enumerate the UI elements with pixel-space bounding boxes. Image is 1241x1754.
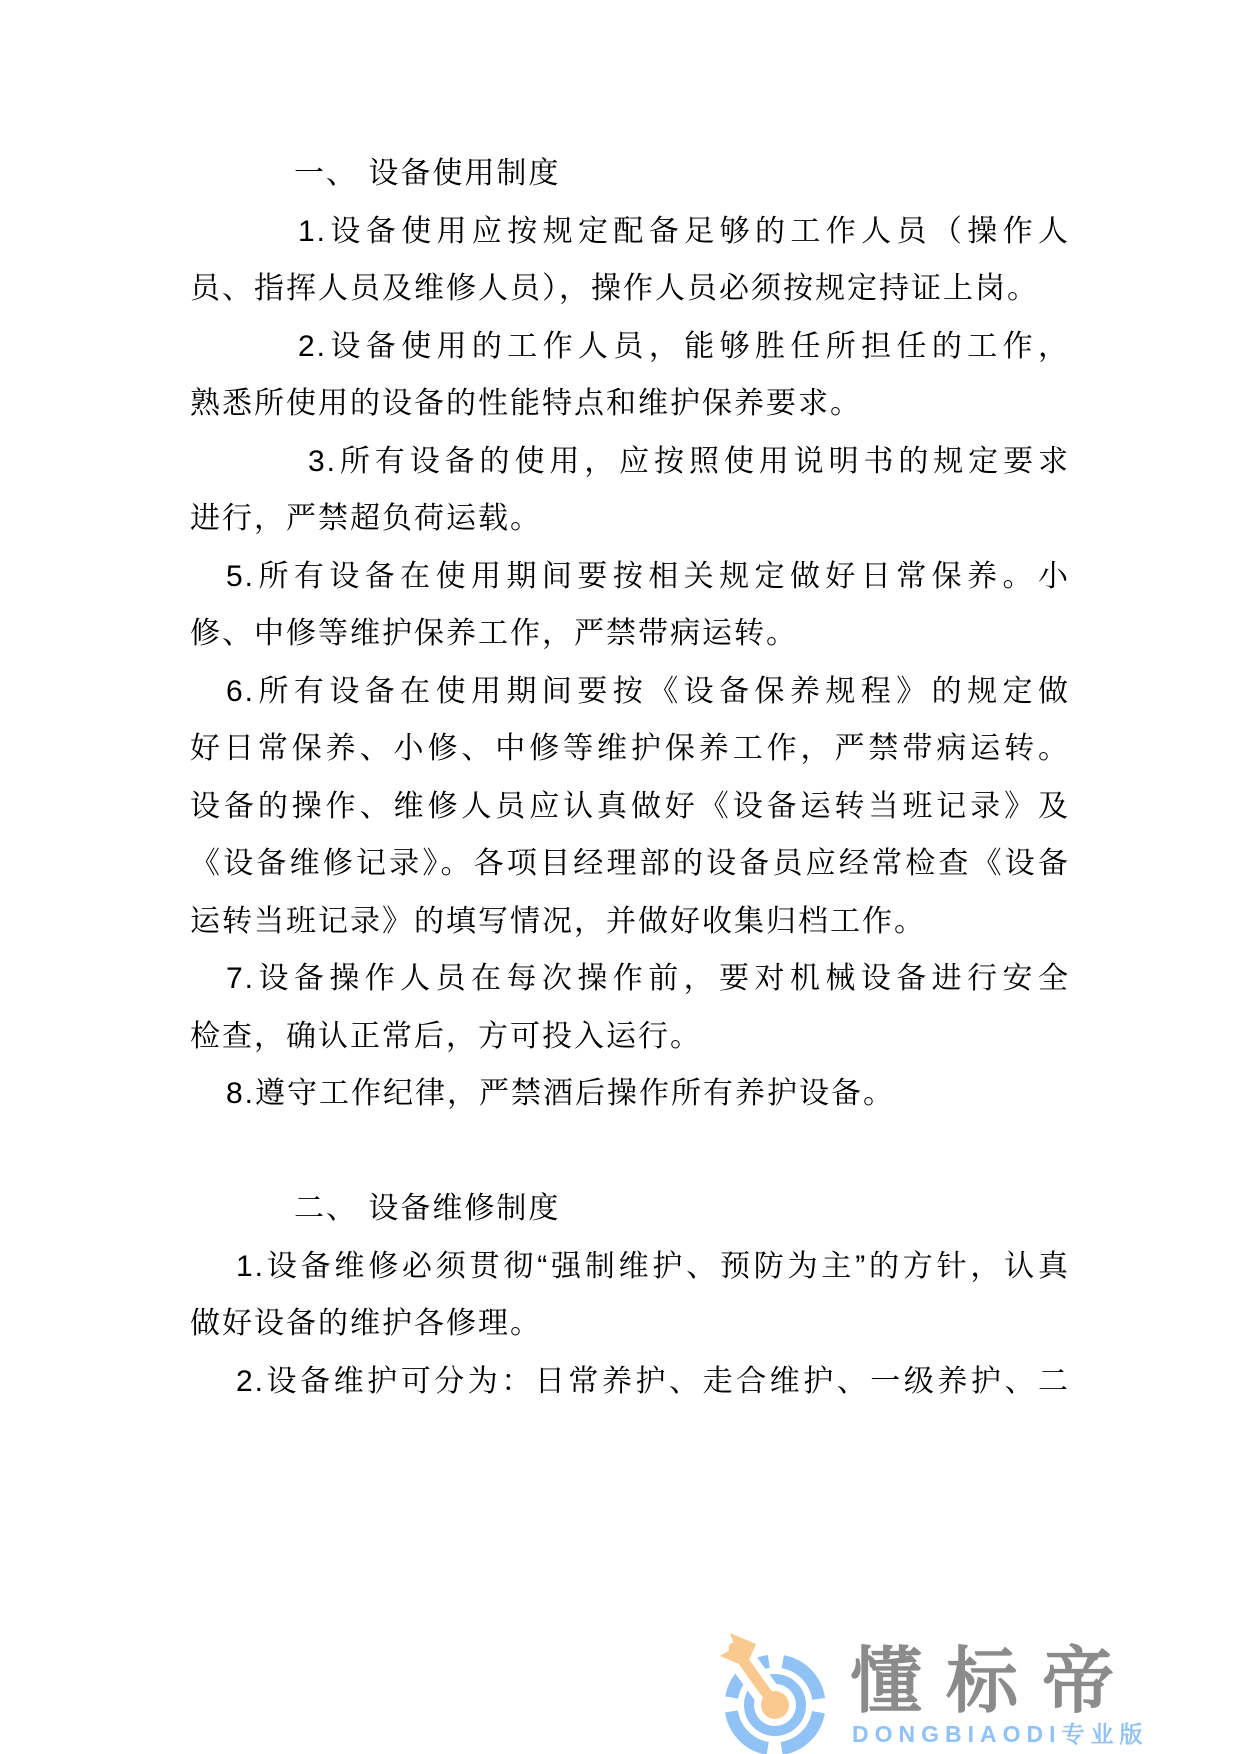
brand-name: 懂标帝 (850, 1646, 1138, 1718)
text-line: 2.设备使用的工作人员，能够胜任所担任的工作， (190, 318, 1070, 376)
text-line: 7.设备操作人员在每次操作前，要对机械设备进行安全 (190, 950, 1070, 1008)
document-body: 一、 设备使用制度 1.设备使用应按规定配备足够的工作人员（操作人 员、指挥人员… (190, 145, 1070, 1410)
text-line: 3.所有设备的使用，应按照使用说明书的规定要求 (190, 433, 1070, 491)
text-line: 6.所有设备在使用期间要按《设备保养规程》的规定做 (190, 663, 1070, 721)
brand-subtitle: DONGBIAODI专业版 (852, 1720, 1149, 1748)
text-line: 修、中修等维护保养工作，严禁带病运转。 (190, 605, 1070, 663)
text-line: 检查，确认正常后，方可投入运行。 (190, 1008, 1070, 1066)
text-line: 员、指挥人员及维修人员），操作人员必须按规定持证上岗。 (190, 260, 1070, 318)
text-line: 1.设备维修必须贯彻“强制维护、预防为主”的方针，认真 (190, 1238, 1070, 1296)
text-line: 运转当班记录》的填写情况，并做好收集归档工作。 (190, 893, 1070, 951)
text-line: 1.设备使用应按规定配备足够的工作人员（操作人 (190, 203, 1070, 261)
text-line: 设备的操作、维修人员应认真做好《设备运转当班记录》及 (190, 778, 1070, 836)
document-page: 一、 设备使用制度 1.设备使用应按规定配备足够的工作人员（操作人 员、指挥人员… (0, 0, 1241, 1754)
text-line: 进行，严禁超负荷运载。 (190, 490, 1070, 548)
text-line: 8.遵守工作纪律，严禁酒后操作所有养护设备。 (190, 1065, 1070, 1123)
section-heading: 二、 设备维修制度 (190, 1180, 1070, 1238)
text-line: 《设备维修记录》。各项目经理部的设备员应经常检查《设备 (190, 835, 1070, 893)
text-line: 好日常保养、小修、中修等维护保养工作，严禁带病运转。 (190, 720, 1070, 778)
blank-line (190, 1123, 1070, 1181)
text-line: 熟悉所使用的设备的性能特点和维护保养要求。 (190, 375, 1070, 433)
dartboard-target-icon (718, 1628, 833, 1754)
text-line: 5.所有设备在使用期间要按相关规定做好日常保养。小 (190, 548, 1070, 606)
text-line: 2.设备维护可分为：日常养护、走合维护、一级养护、二 (190, 1353, 1070, 1411)
section-heading: 一、 设备使用制度 (190, 145, 1070, 203)
text-line: 做好设备的维护各修理。 (190, 1295, 1070, 1353)
